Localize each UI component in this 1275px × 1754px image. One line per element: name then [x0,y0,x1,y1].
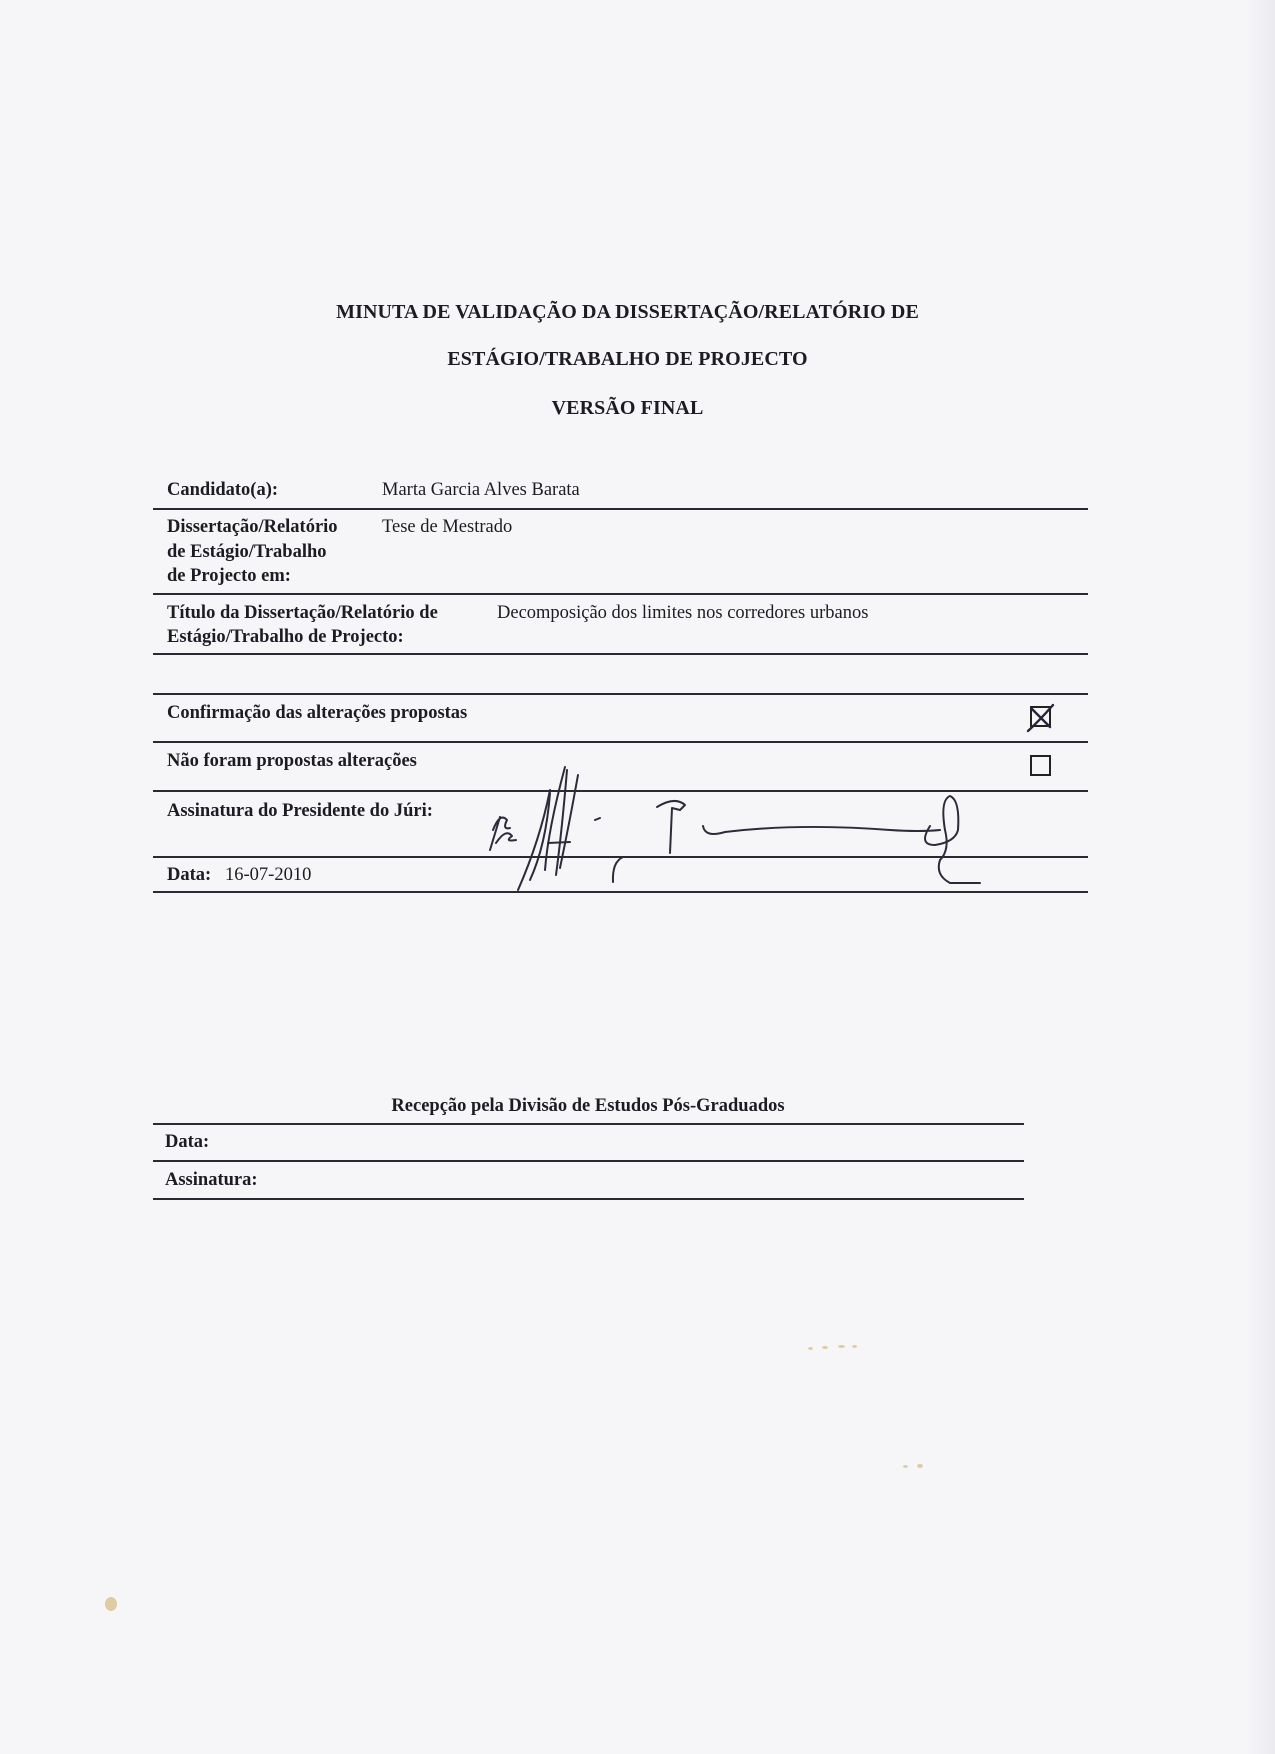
reception-heading: Recepção pela Divisão de Estudos Pós-Gra… [0,1094,1176,1118]
paper-stain [808,1347,813,1350]
paper-stain [105,1597,117,1611]
paper-stain [903,1465,908,1468]
paper-stain [822,1346,828,1349]
divider [153,1160,1024,1162]
paper-stain [838,1345,845,1348]
paper-stain [852,1345,857,1348]
paper-stain [917,1464,923,1468]
handwritten-signature [0,0,1275,1754]
divider [153,1198,1024,1200]
reception-date-label: Data: [165,1130,209,1154]
divider [153,1123,1024,1125]
reception-signature-label: Assinatura: [165,1168,258,1192]
